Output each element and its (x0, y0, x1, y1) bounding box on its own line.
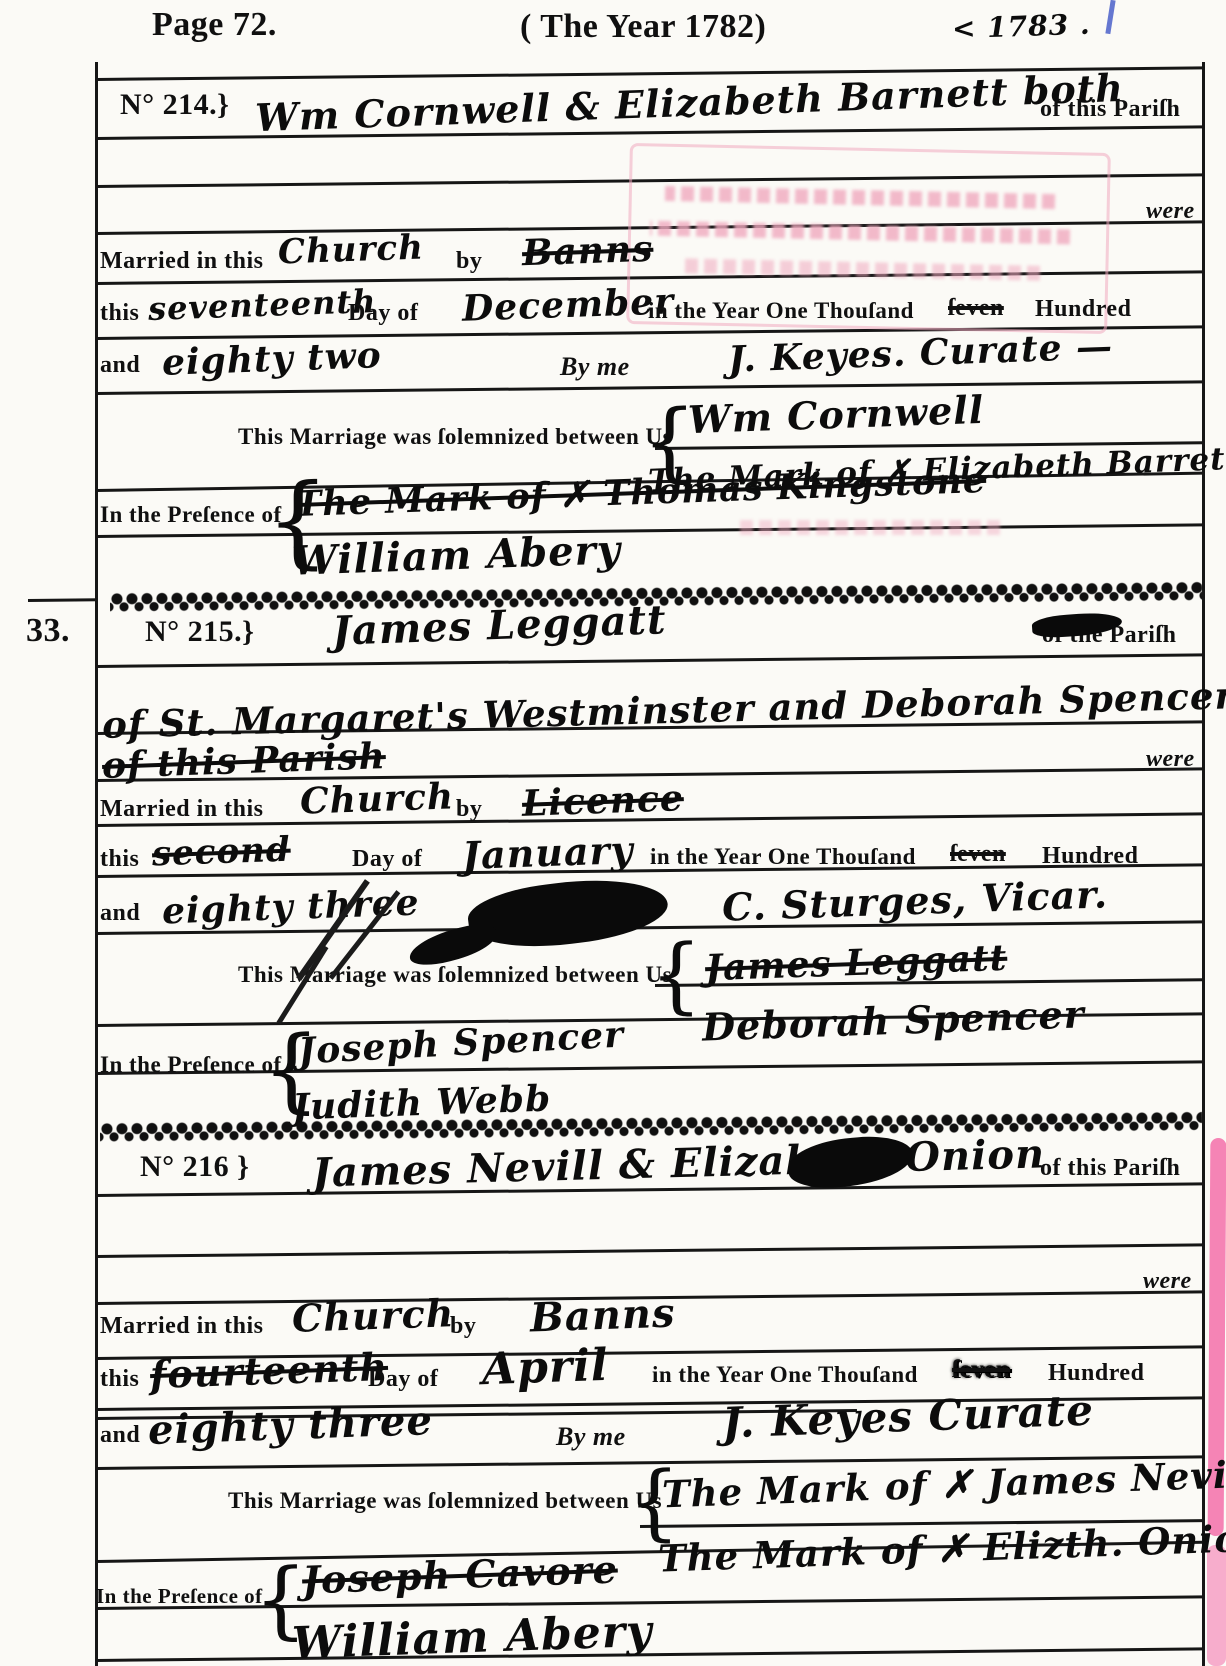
month-entry: April (481, 1340, 609, 1395)
by-label: by (456, 796, 482, 823)
year-words-entry: eighty three (161, 882, 420, 933)
by-label: by (450, 1313, 476, 1340)
presence-label: In the Preſence of (96, 1584, 263, 1609)
witness2-signature: William Abery (291, 526, 621, 584)
presence-label: In the Preſence of (100, 502, 282, 528)
day-entry: fourteenth (149, 1344, 388, 1397)
witness2-signature: William Abery (291, 1606, 653, 1666)
married-in-this-label: Married in this (100, 248, 264, 275)
were-label: were (1146, 746, 1195, 773)
were-label: were (1146, 198, 1195, 225)
method-entry: Banns (529, 1289, 676, 1341)
day-entry: second (151, 830, 291, 875)
witness1-signature: Joseph Cavore (301, 1547, 618, 1603)
and-label: and (100, 900, 140, 927)
year-phrase-label: in the Year One Thouſand (650, 844, 916, 870)
blue-pen-mark (1105, 0, 1115, 34)
ink-blot (465, 870, 671, 956)
church-entry: Church (291, 1290, 455, 1341)
married-in-this-label: Married in this (100, 796, 264, 823)
day-entry: seventeenth (147, 282, 377, 328)
seven-label: ſeven (948, 295, 1004, 322)
groom-signature: Wm Cornwell (687, 387, 985, 442)
ruled-line (97, 1243, 1203, 1258)
this-label: this (100, 1366, 139, 1393)
church-entry: Church (299, 775, 454, 822)
year-words-entry: eighty three (147, 1397, 433, 1454)
record-number: N° 214.} (120, 88, 229, 122)
hundred-label: Hundred (1035, 296, 1131, 323)
parish-label: of this Pariſh (1040, 1155, 1180, 1182)
officiant-signature: C. Sturges, Vicar. (721, 871, 1108, 929)
presence-label: In the Preſence of (100, 1052, 282, 1078)
parish-label: of this Pariſh (1040, 96, 1180, 123)
solemnized-label: This Marriage was ſolemnized between Us (238, 424, 672, 450)
hundred-label: Hundred (1048, 1360, 1144, 1387)
method-entry: Banns (521, 228, 654, 275)
residence-entry: of St. Margaret's Westminster and Debora… (102, 673, 1226, 747)
and-label: and (100, 352, 140, 379)
page-title: Page 72. (152, 6, 277, 44)
solemnized-label: This Marriage was ſolemnized between Us (228, 1488, 662, 1514)
opening-brace: { (650, 928, 702, 1023)
bride-signature: Deborah Spencer (701, 991, 1085, 1049)
this-label: this (100, 300, 139, 327)
day-of-label: Day of (352, 846, 422, 873)
margin-line (28, 598, 98, 602)
record-number: N° 215.} (145, 615, 254, 649)
were-label: were (1143, 1268, 1192, 1295)
ruled-line (97, 653, 1203, 668)
this-label: this (100, 846, 139, 873)
church-entry: Church (277, 227, 424, 272)
and-label: and (100, 1422, 140, 1449)
register-page: Page 72. ( The Year 1782) < 1783 . N° 21… (0, 0, 1226, 1666)
year-annotation: < 1783 . (951, 8, 1091, 46)
seven-label: ſeven (952, 1356, 1010, 1384)
month-entry: December (461, 280, 674, 329)
by-me-label: By me (556, 1422, 626, 1452)
margin-note: 33. (26, 612, 70, 650)
pink-highlight (1207, 1545, 1226, 1666)
married-in-this-label: Married in this (100, 1313, 264, 1340)
stamp-showthrough-text (740, 520, 1000, 535)
method-entry: Licence (521, 777, 684, 825)
seven-label: ſeven (950, 841, 1006, 868)
left-border (95, 62, 98, 1666)
hundred-label: Hundred (1042, 843, 1138, 870)
officiant-signature: J. Keyes. Curate — (727, 325, 1113, 380)
day-of-label: Day of (348, 300, 418, 327)
witness1-signature: The Mark of ✗ Thomas Kingstone (294, 460, 986, 525)
by-label: by (456, 248, 482, 275)
year-words-entry: eighty two (161, 334, 382, 384)
record-number: N° 216 } (140, 1150, 249, 1184)
month-entry: January (461, 827, 634, 878)
year-phrase-label: in the Year One Thouſand (652, 1362, 918, 1388)
day-of-label: Day of (368, 1366, 438, 1393)
year-phrase-label: in the Year One Thouſand (648, 298, 914, 324)
officiant-signature: J. Keyes Curate (721, 1386, 1094, 1448)
by-me-label: By me (560, 352, 630, 382)
year-label: ( The Year 1782) (520, 8, 766, 46)
